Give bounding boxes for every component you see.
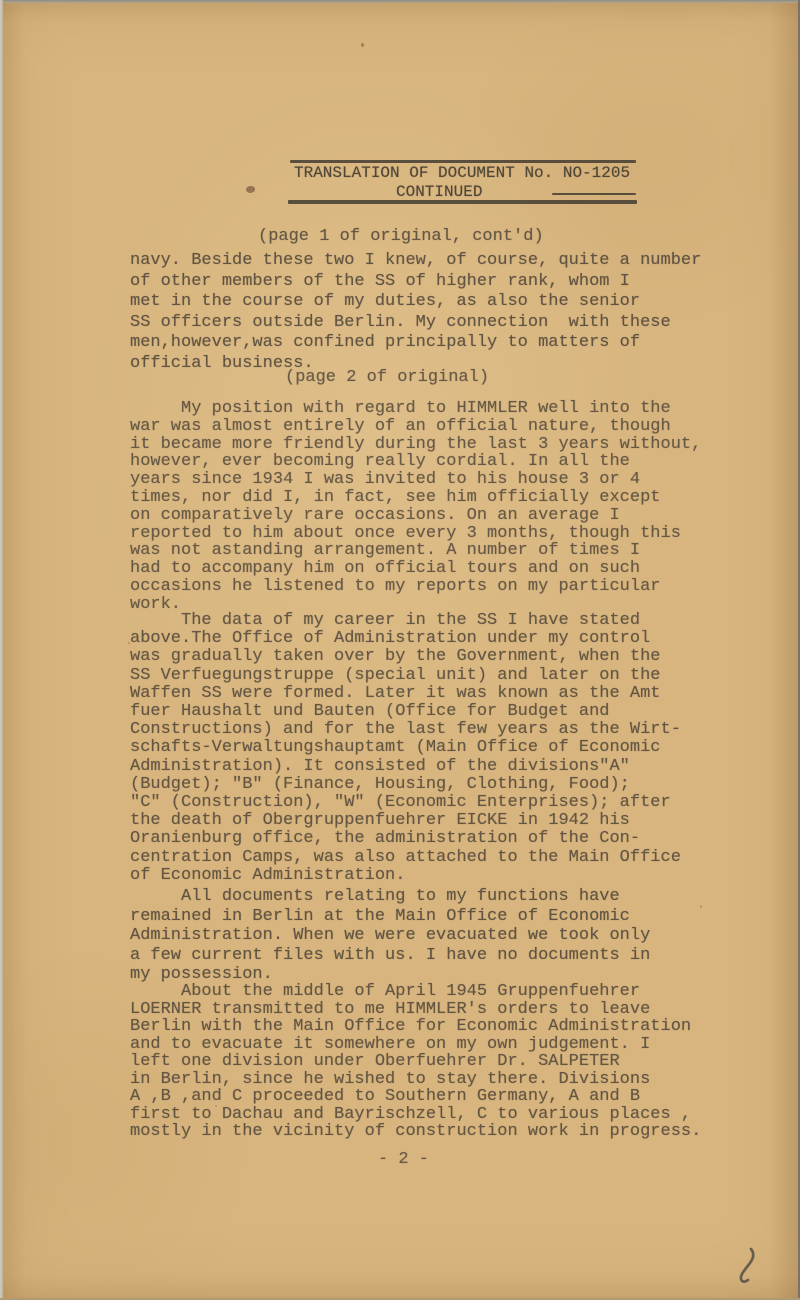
text-line: Constructions) and for the last few year…	[130, 721, 681, 739]
text-line: Administration). It consisted of the div…	[130, 758, 681, 776]
paragraph-evacuation: About the middle of April 1945 Gruppenfu…	[130, 983, 701, 1141]
ink-blot	[246, 186, 255, 193]
scan-edge-top	[0, 0, 800, 3]
text-line: in Berlin, since he wished to stay there…	[130, 1071, 701, 1089]
text-line: occasions he listened to my reports on m…	[130, 578, 701, 596]
text-line: Berlin with the Main Office for Economic…	[130, 1018, 701, 1036]
text-line: All documents relating to my functions h…	[130, 887, 650, 907]
text-line: the death of Obergruppenfuehrer EICKE in…	[130, 812, 681, 830]
header-title: TRANSLATION OF DOCUMENT No. NO-1205	[294, 164, 630, 182]
text-line: mostly in the vicinity of construction w…	[130, 1123, 701, 1141]
text-line: it became more friendly during the last …	[130, 436, 701, 454]
text-line: navy. Beside these two I knew, of course…	[130, 251, 701, 272]
text-line: fuer Haushalt und Bauten (Office for Bud…	[130, 703, 681, 721]
text-line: About the middle of April 1945 Gruppenfu…	[130, 983, 701, 1001]
paragraph-documents: All documents relating to my functions h…	[130, 887, 650, 985]
text-line: men,however,was confined principally to …	[130, 333, 701, 354]
header-rule-middle	[552, 193, 636, 195]
text-line: first to Dachau and Bayrischzell, C to v…	[130, 1106, 701, 1124]
text-line: SS Verfuegungstruppe (special unit) and …	[130, 667, 681, 685]
text-line: was gradually taken over by the Governme…	[130, 648, 681, 666]
paper-speck	[700, 905, 702, 908]
text-line: Waffen SS were formed. Later it was know…	[130, 685, 681, 703]
text-line: times, nor did I, in fact, see him offic…	[130, 489, 701, 507]
text-line: SS officers outside Berlin. My connectio…	[130, 313, 701, 334]
text-line: The data of my career in the SS I have s…	[130, 612, 681, 630]
header-rule-bottom	[288, 200, 637, 204]
text-line: centration Camps, was also attached to t…	[130, 849, 681, 867]
text-line: above.The Office of Administration under…	[130, 630, 681, 648]
header-continued-label: CONTINUED	[396, 183, 482, 201]
paper-speck	[361, 43, 364, 47]
text-line: and to evacuate it somewhere on my own j…	[130, 1036, 701, 1054]
text-line: of Economic Administration.	[130, 867, 681, 885]
text-line: years since 1934 I was invited to his ho…	[130, 471, 701, 489]
text-line: reported to him about once every 3 month…	[130, 525, 701, 543]
paragraph-position-himmler: My position with regard to HIMMLER well …	[130, 400, 701, 614]
text-line: however, ever becoming really cordial. I…	[130, 453, 701, 471]
text-line: (Budget); "B" (Finance, Housing, Clothin…	[130, 776, 681, 794]
text-line: "C" (Construction), "W" (Economic Enterp…	[130, 794, 681, 812]
text-line: schafts-Verwaltungshauptamt (Main Office…	[130, 739, 681, 757]
text-line: My position with regard to HIMMLER well …	[130, 400, 701, 418]
text-line: was not astanding arrangement. A number …	[130, 542, 701, 560]
handwritten-pencil-mark	[735, 1246, 759, 1288]
text-line: A ,B ,and C proceeded to Southern German…	[130, 1088, 701, 1106]
page-number: - 2 -	[378, 1150, 429, 1169]
paragraph-career-office: The data of my career in the SS I have s…	[130, 612, 681, 885]
text-line: had to accompany him on official tours a…	[130, 560, 701, 578]
text-line: left one division under Oberfuehrer Dr. …	[130, 1053, 701, 1071]
text-line: Oranienburg office, the administration o…	[130, 830, 681, 848]
text-line: Administration. When we were evacuated w…	[130, 926, 650, 946]
page1-continued-note: (page 1 of original, cont'd)	[258, 227, 544, 246]
text-line: met in the course of my duties, as also …	[130, 292, 701, 313]
text-line: a few current files with us. I have no d…	[130, 946, 650, 966]
page2-note: (page 2 of original)	[285, 368, 489, 387]
text-line: on comparatively rare occasions. On an a…	[130, 507, 701, 525]
header-rule-top	[290, 160, 636, 163]
text-line: war was almost entirely of an official n…	[130, 418, 701, 436]
paragraph-navy: navy. Beside these two I knew, of course…	[130, 251, 701, 374]
scan-edge-left	[0, 0, 3, 1300]
text-line: remained in Berlin at the Main Office of…	[130, 907, 650, 927]
scanned-document-page: TRANSLATION OF DOCUMENT No. NO-1205 CONT…	[0, 0, 800, 1300]
text-line: of other members of the SS of higher ran…	[130, 272, 701, 293]
document-header: TRANSLATION OF DOCUMENT No. NO-1205 CONT…	[288, 158, 640, 208]
text-line: LOERNER transmitted to me HIMMLER's orde…	[130, 1001, 701, 1019]
